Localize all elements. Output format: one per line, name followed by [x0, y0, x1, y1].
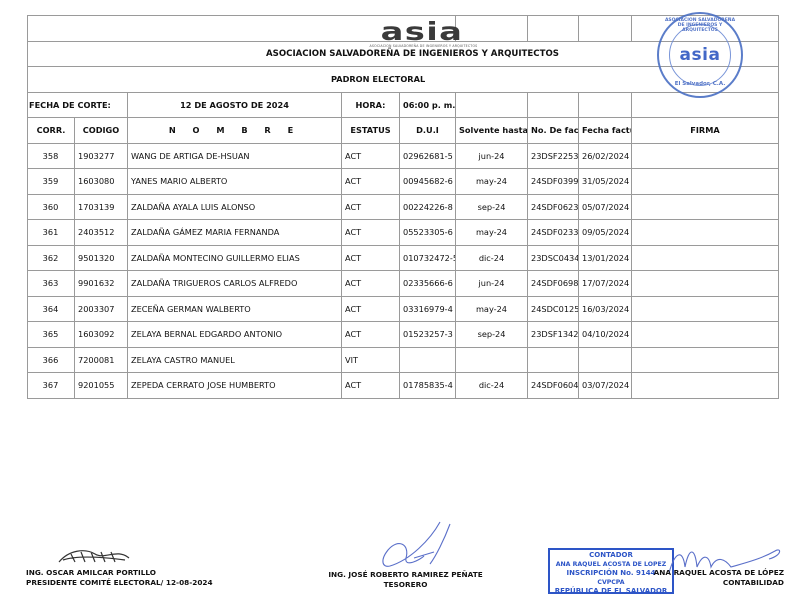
row-dui: 03316979-4 [400, 296, 456, 322]
row-codigo: 9901632 [75, 271, 128, 297]
row-estatus: ACT [342, 194, 400, 220]
row-fecha: 03/07/2024 [579, 373, 632, 399]
row-solvente: may-24 [456, 169, 528, 195]
row-fecha: 04/10/2024 [579, 322, 632, 348]
row-corr: 367 [28, 373, 75, 399]
row-codigo: 2403512 [75, 220, 128, 246]
col-corr: CORR. [28, 118, 75, 144]
row-fecha: 09/05/2024 [579, 220, 632, 246]
row-nombre: ZALDAÑA MONTECINO GUILLERMO ELIAS [128, 245, 342, 271]
time-label: HORA: [342, 92, 400, 118]
row-nombre: YANES MARIO ALBERTO [128, 169, 342, 195]
row-factura: 23DSC0434 [528, 245, 579, 271]
row-codigo: 2003307 [75, 296, 128, 322]
row-fecha: 26/02/2024 [579, 143, 632, 169]
row-firma[interactable] [632, 194, 779, 220]
row-fecha: 31/05/2024 [579, 169, 632, 195]
row-solvente: may-24 [456, 296, 528, 322]
table-row: 3581903277WANG DE ARTIGA DE-HSUANACT0296… [28, 143, 779, 169]
row-dui: 00945682-6 [400, 169, 456, 195]
table-row: 3651603092ZELAYA BERNAL EDGARDO ANTONIOA… [28, 322, 779, 348]
row-codigo: 9201055 [75, 373, 128, 399]
table-row: 3679201055ZEPEDA CERRATO JOSE HUMBERTOAC… [28, 373, 779, 399]
row-firma[interactable] [632, 143, 779, 169]
row-estatus: ACT [342, 271, 400, 297]
row-solvente: jun-24 [456, 271, 528, 297]
row-firma[interactable] [632, 296, 779, 322]
row-fecha: 13/01/2024 [579, 245, 632, 271]
col-dui: D.U.I [400, 118, 456, 144]
logo-cell: asia ASOCIACION SALVADOREÑA DE INGENIERO… [400, 16, 456, 42]
row-estatus: ACT [342, 322, 400, 348]
president-signature-icon [55, 544, 135, 568]
treasurer-role: TESORERO [328, 580, 483, 590]
row-firma[interactable] [632, 322, 779, 348]
president-role: PRESIDENTE COMITÉ ELECTORAL/ 12-08-2024 [26, 578, 213, 588]
row-estatus: ACT [342, 296, 400, 322]
row-codigo: 1903277 [75, 143, 128, 169]
president-name: ING. OSCAR AMILCAR PORTILLO [26, 568, 213, 578]
row-nombre: ZECEÑA GERMAN WALBERTO [128, 296, 342, 322]
row-corr: 365 [28, 322, 75, 348]
row-corr: 363 [28, 271, 75, 297]
row-nombre: ZELAYA CASTRO MANUEL [128, 347, 342, 373]
row-firma[interactable] [632, 347, 779, 373]
row-dui: 00224226-8 [400, 194, 456, 220]
seal-ring-text: ASOCIACION SALVADOREÑA DE INGENIEROS Y A… [663, 18, 737, 33]
col-factura: No. De factura [528, 118, 579, 144]
row-solvente: dic-24 [456, 373, 528, 399]
table-row: 3642003307ZECEÑA GERMAN WALBERTOACT03316… [28, 296, 779, 322]
row-factura: 24SDF0233 [528, 220, 579, 246]
row-fecha: 05/07/2024 [579, 194, 632, 220]
table-row: 3667200081ZELAYA CASTRO MANUELVIT [28, 347, 779, 373]
row-dui: 02335666-6 [400, 271, 456, 297]
row-corr: 366 [28, 347, 75, 373]
row-corr: 364 [28, 296, 75, 322]
row-nombre: ZALDAÑA AYALA LUIS ALONSO [128, 194, 342, 220]
row-solvente: jun-24 [456, 143, 528, 169]
row-estatus: VIT [342, 347, 400, 373]
row-nombre: ZALDAÑA TRIGUEROS CARLOS ALFREDO [128, 271, 342, 297]
column-headers: CORR. CODIGO N O M B R E ESTATUS D.U.I S… [28, 118, 779, 144]
row-fecha: 16/03/2024 [579, 296, 632, 322]
table-row: 3612403512ZALDAÑA GÁMEZ MARIA FERNANDAAC… [28, 220, 779, 246]
row-estatus: ACT [342, 169, 400, 195]
treasurer-signature: ING. JOSÉ ROBERTO RAMIREZ PEÑATE TESORER… [328, 570, 483, 590]
col-solvente: Solvente hasta [456, 118, 528, 144]
row-dui: 02962681-5 [400, 143, 456, 169]
cutoff-label: FECHA DE CORTE: [28, 92, 128, 118]
row-firma[interactable] [632, 373, 779, 399]
row-corr: 361 [28, 220, 75, 246]
row-estatus: ACT [342, 245, 400, 271]
row-firma[interactable] [632, 271, 779, 297]
row-dui: 01785835-4 [400, 373, 456, 399]
row-fecha: 17/07/2024 [579, 271, 632, 297]
row-codigo: 7200081 [75, 347, 128, 373]
row-solvente: sep-24 [456, 194, 528, 220]
row-nombre: ZEPEDA CERRATO JOSE HUMBERTO [128, 373, 342, 399]
row-factura: 24SDF0399 [528, 169, 579, 195]
row-firma[interactable] [632, 169, 779, 195]
row-estatus: ACT [342, 220, 400, 246]
president-signature: ING. OSCAR AMILCAR PORTILLO PRESIDENTE C… [26, 568, 213, 588]
row-firma[interactable] [632, 220, 779, 246]
time-value: 06:00 p. m. [400, 92, 456, 118]
row-dui: 01523257-3 [400, 322, 456, 348]
cutoff-date: 12 DE AGOSTO DE 2024 [128, 92, 342, 118]
row-corr: 360 [28, 194, 75, 220]
col-firma: FIRMA [632, 118, 779, 144]
row-factura: 23DSF2253 [528, 143, 579, 169]
col-nombre: N O M B R E [128, 118, 342, 144]
row-corr: 359 [28, 169, 75, 195]
treasurer-signature-icon [380, 520, 460, 575]
col-estatus: ESTATUS [342, 118, 400, 144]
row-fecha [579, 347, 632, 373]
row-factura: 23DSF1342 [528, 322, 579, 348]
row-corr: 358 [28, 143, 75, 169]
accountant-name: ANA RAQUEL ACOSTA DE LÓPEZ [606, 568, 784, 578]
row-nombre: WANG DE ARTIGA DE-HSUAN [128, 143, 342, 169]
row-estatus: ACT [342, 373, 400, 399]
row-nombre: ZALDAÑA GÁMEZ MARIA FERNANDA [128, 220, 342, 246]
row-corr: 362 [28, 245, 75, 271]
association-seal: ASOCIACION SALVADOREÑA DE INGENIEROS Y A… [657, 12, 743, 98]
table-row: 3591603080YANES MARIO ALBERTOACT00945682… [28, 169, 779, 195]
row-firma[interactable] [632, 245, 779, 271]
row-dui: 05523305-6 [400, 220, 456, 246]
row-dui [400, 347, 456, 373]
seal-location: El Salvador, C.A. [659, 81, 741, 87]
row-solvente: may-24 [456, 220, 528, 246]
table-row: 3629501320ZALDAÑA MONTECINO GUILLERMO EL… [28, 245, 779, 271]
row-factura: 24SDF0698 [528, 271, 579, 297]
treasurer-name: ING. JOSÉ ROBERTO RAMIREZ PEÑATE [328, 570, 483, 580]
accountant-role: CONTABILIDAD [676, 578, 784, 588]
col-fecha: Fecha factura [579, 118, 632, 144]
table-row: 3601703139ZALDAÑA AYALA LUIS ALONSOACT00… [28, 194, 779, 220]
row-solvente: sep-24 [456, 322, 528, 348]
row-codigo: 1603092 [75, 322, 128, 348]
seal-logo: asia [659, 45, 741, 65]
col-codigo: CODIGO [75, 118, 128, 144]
row-estatus: ACT [342, 143, 400, 169]
accountant-signature: ANA RAQUEL ACOSTA DE LÓPEZ CONTABILIDAD [676, 568, 784, 588]
row-codigo: 9501320 [75, 245, 128, 271]
row-solvente [456, 347, 528, 373]
row-factura: 24SDF0604 [528, 373, 579, 399]
row-dui: 010732472-5 [400, 245, 456, 271]
row-codigo: 1703139 [75, 194, 128, 220]
row-factura: 24SDF0623 [528, 194, 579, 220]
row-nombre: ZELAYA BERNAL EDGARDO ANTONIO [128, 322, 342, 348]
row-solvente: dic-24 [456, 245, 528, 271]
row-codigo: 1603080 [75, 169, 128, 195]
table-row: 3639901632ZALDAÑA TRIGUEROS CARLOS ALFRE… [28, 271, 779, 297]
asia-logo: asia [351, 20, 491, 44]
row-factura [528, 347, 579, 373]
meta-row: FECHA DE CORTE: 12 DE AGOSTO DE 2024 HOR… [28, 92, 779, 118]
row-factura: 24SDC0125 [528, 296, 579, 322]
